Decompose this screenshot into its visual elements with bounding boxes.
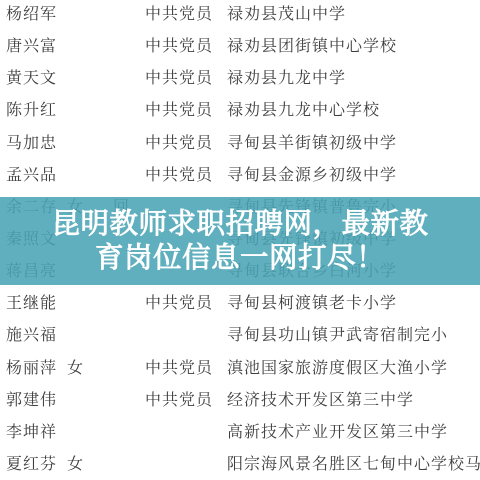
teacher-name: 施兴福 — [6, 320, 57, 352]
teacher-name: 唐兴富 — [6, 31, 57, 63]
teacher-name: 夏红芬 — [6, 449, 57, 480]
teacher-name: 马加忠 — [6, 128, 57, 160]
teacher-name: 王继能 — [6, 288, 57, 320]
teacher-name: 孟兴品 — [6, 160, 57, 192]
school-name: 寻甸县羊街镇初级中学 — [227, 128, 397, 160]
table-row: 郭建伟 中共党员 经济技术开发区第三中学 — [0, 385, 480, 417]
school-name: 寻甸县功山镇尹武寄宿制完小 — [227, 320, 448, 352]
party-status: 中共党员 — [145, 95, 213, 127]
table-row: 夏红芬 女 阳宗海风景名胜区七甸中心学校马郎小学 — [0, 449, 480, 480]
school-name: 高新技术产业开发区第三中学 — [227, 417, 448, 449]
table-row: 施兴福 寻甸县功山镇尹武寄宿制完小 — [0, 320, 480, 352]
teacher-name: 杨丽萍 — [6, 353, 57, 385]
party-status: 中共党员 — [145, 0, 213, 31]
table-row: 马加忠 中共党员 寻甸县羊街镇初级中学 — [0, 128, 480, 160]
school-name: 禄劝县九龙中心学校 — [227, 95, 380, 127]
promo-overlay: 昆明教师求职招聘网，最新教 育岗位信息一网打尽！ — [0, 197, 480, 285]
school-name: 禄劝县茂山中学 — [227, 0, 346, 31]
school-name: 阳宗海风景名胜区七甸中心学校马郎小学 — [227, 449, 480, 480]
page: { "page": { "background_color": "#ffffff… — [0, 0, 480, 480]
school-name: 寻甸县柯渡镇老卡小学 — [227, 288, 397, 320]
school-name: 滇池国家旅游度假区大渔小学 — [227, 353, 448, 385]
party-status: 中共党员 — [145, 128, 213, 160]
school-name: 禄劝县团街镇中心学校 — [227, 31, 397, 63]
table-row: 杨丽萍 女 中共党员 滇池国家旅游度假区大渔小学 — [0, 353, 480, 385]
party-status: 中共党员 — [145, 160, 213, 192]
school-name: 经济技术开发区第三中学 — [227, 385, 414, 417]
teacher-gender: 女 — [67, 353, 84, 385]
teacher-name: 陈升红 — [6, 95, 57, 127]
party-status: 中共党员 — [145, 63, 213, 95]
teacher-name: 李坤祥 — [6, 417, 57, 449]
table-row: 黄天文 中共党员 禄劝县九龙中学 — [0, 63, 480, 95]
party-status: 中共党员 — [145, 353, 213, 385]
table-row: 王继能 中共党员 寻甸县柯渡镇老卡小学 — [0, 288, 480, 320]
table-row: 陈升红 中共党员 禄劝县九龙中心学校 — [0, 95, 480, 127]
promo-title-line-1: 昆明教师求职招聘网，最新教 — [51, 207, 428, 241]
teacher-name: 杨绍军 — [6, 0, 57, 31]
table-row: 唐兴富 中共党员 禄劝县团街镇中心学校 — [0, 31, 480, 63]
teacher-gender: 女 — [67, 449, 84, 480]
promo-title-line-2: 育岗位信息一网打尽！ — [95, 241, 385, 275]
school-name: 寻甸县金源乡初级中学 — [227, 160, 397, 192]
party-status: 中共党员 — [145, 288, 213, 320]
party-status: 中共党员 — [145, 385, 213, 417]
table-row: 孟兴品 中共党员 寻甸县金源乡初级中学 — [0, 160, 480, 192]
party-status: 中共党员 — [145, 31, 213, 63]
teacher-name: 郭建伟 — [6, 385, 57, 417]
school-name: 禄劝县九龙中学 — [227, 63, 346, 95]
table-row: 杨绍军 中共党员 禄劝县茂山中学 — [0, 0, 480, 31]
teacher-name: 黄天文 — [6, 63, 57, 95]
table-row: 李坤祥 高新技术产业开发区第三中学 — [0, 417, 480, 449]
